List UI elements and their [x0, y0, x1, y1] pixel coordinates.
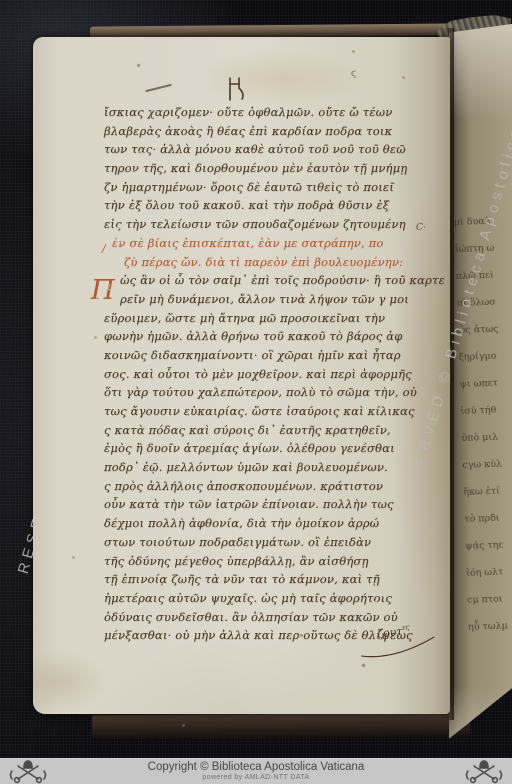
facing-page-text-line: ψι ωπετ — [459, 369, 512, 398]
facing-page-text-line: ὑπὸ μιλ — [461, 423, 512, 452]
manuscript-text-line: οὖν κατὰ τὴν τῶν ἰατρῶν ἐπίνοιαν. πολλὴν… — [104, 495, 434, 514]
manuscript-text-line: ζὺ πέρας ὤν. διὰ τὶ παρεὸν ἐπὶ βουλευομέ… — [104, 253, 434, 272]
facing-page-text-line: ϲμ πτοι — [467, 585, 512, 614]
book-cover-edge-bottom — [92, 713, 470, 740]
manuscript-text-line: ὅτι γὰρ τούτου χαλεπώτερον, πολὺ τὸ σῶμα… — [104, 383, 434, 402]
powered-by-text: powered by AMLAD·NTT DATA — [0, 774, 512, 782]
facing-page-text-line: τὸ πρδι — [464, 504, 512, 533]
facing-page-text-line: ἰσύ τήθ — [460, 396, 512, 425]
manuscript-text-line: σος. καὶ οὗτοι τὸ μὲν μοχθεῖρον. καὶ περ… — [104, 365, 434, 384]
copyright-text: Copyright © Biblioteca Apostolica Vatica… — [0, 760, 512, 774]
copyright-footer: Copyright © Biblioteca Apostolica Vatica… — [0, 758, 512, 784]
facing-page-edge: μὶ δυαλἰώπτη ωπλῶ πεὶπὶ ὅλωσὡς ἁτωςξηρίγ… — [449, 24, 512, 746]
manuscript-text-line: ζν ἡμαρτημένων· ὅροις δὲ ἑαυτῶ τιθεὶς τὸ… — [104, 178, 434, 197]
manuscript-text-line: ς πρὸς ἀλλήλοις ἀποσκοπουμένων. κράτιστο… — [104, 477, 434, 496]
vatican-library-emblem-icon — [460, 759, 508, 784]
manuscript-text-line: τὴν ἐξ ὅλου τοῦ κακοῦ. καὶ τὴν ποδρὰ θῦσ… — [104, 196, 434, 215]
facing-page-text-line: ψάς τηε — [465, 531, 512, 560]
manuscript-text-line: εἰς τὴν τελείωσιν τῶν σπουδαζομένων ζητο… — [104, 215, 434, 234]
manuscript-text-line: ὡς ἂν οἱ ὦ τὸν σαῖμ᾽ ἐπὶ τοῖς ποδρούσιν·… — [104, 271, 434, 290]
facing-page-text-line: ϲγω κύλ — [462, 450, 512, 479]
manuscript-text-line: φωνὴν ἡμῶν. ἀλλὰ θρήνω τοῦ κακοῦ τὸ βάρο… — [104, 327, 434, 346]
manuscript-text-line: ἐν σὲ βίαις ἐπισκέπται, ἐὰν με σατράπην,… — [104, 234, 434, 253]
catchword-superscript: ες — [401, 623, 410, 632]
manuscript-text-line: κοινῶς διδασκημαίνοντι· οἳ χῶραι ἡμῖν κα… — [104, 346, 434, 365]
photo-area: μὶ δυαλἰώπτη ωπλῶ πεὶπὶ ὅλωσὡς ἁτωςξηρίγ… — [0, 0, 512, 758]
manuscript-text-line: στων τοιούτων ποδραδειγμάτων. οἳ ἐπειδὰν — [104, 533, 434, 552]
folio-mark: ϛ — [351, 69, 356, 79]
manuscript-text-line: ς κατὰ πόδας καὶ σύροις δι᾽ ἑαυτῆς κρατη… — [104, 421, 434, 440]
vatican-library-emblem-icon — [4, 759, 52, 784]
facing-page-text-line: ἥκω ἑτί — [463, 477, 512, 506]
manuscript-text-line: ρεῖν μὴ δυνάμενοι, ἄλλον τινὰ λήψον τῶν … — [104, 290, 434, 309]
facing-page-text-line: ηὗ τωλμ — [468, 612, 512, 641]
manuscript-text-line: τως ἄγουσιν εὐκαιρίας. ὥστε ἰσαύροις καὶ… — [104, 402, 434, 421]
paper-specks — [33, 37, 34, 38]
manuscript-text-line: ἐμὸς ἢ δυοῖν ἀτρεμίας ἁγίων. ὀλέθρου γεν… — [104, 439, 434, 458]
manuscript-text-line: εὕροιμεν, ὥστε μὴ ἄτηνα μῶ προσοικεῖναι … — [104, 309, 434, 328]
manuscript-text-line: δέχμοι πολλὴ ἀφθονία, διὰ τὴν ὁμοίκον ἀρ… — [104, 514, 434, 533]
digitized-manuscript-photo: μὶ δυαλἰώπτη ωπλῶ πεὶπὶ ὅλωσὡς ἁτωςξηρίγ… — [0, 0, 512, 784]
manuscript-text-line: ποδρ᾽ ἑῷ. μελλόντων ὑμῶν καὶ βουλευομένω… — [104, 458, 434, 477]
facing-page-text-line: ἰόη ωλτ — [466, 558, 512, 587]
